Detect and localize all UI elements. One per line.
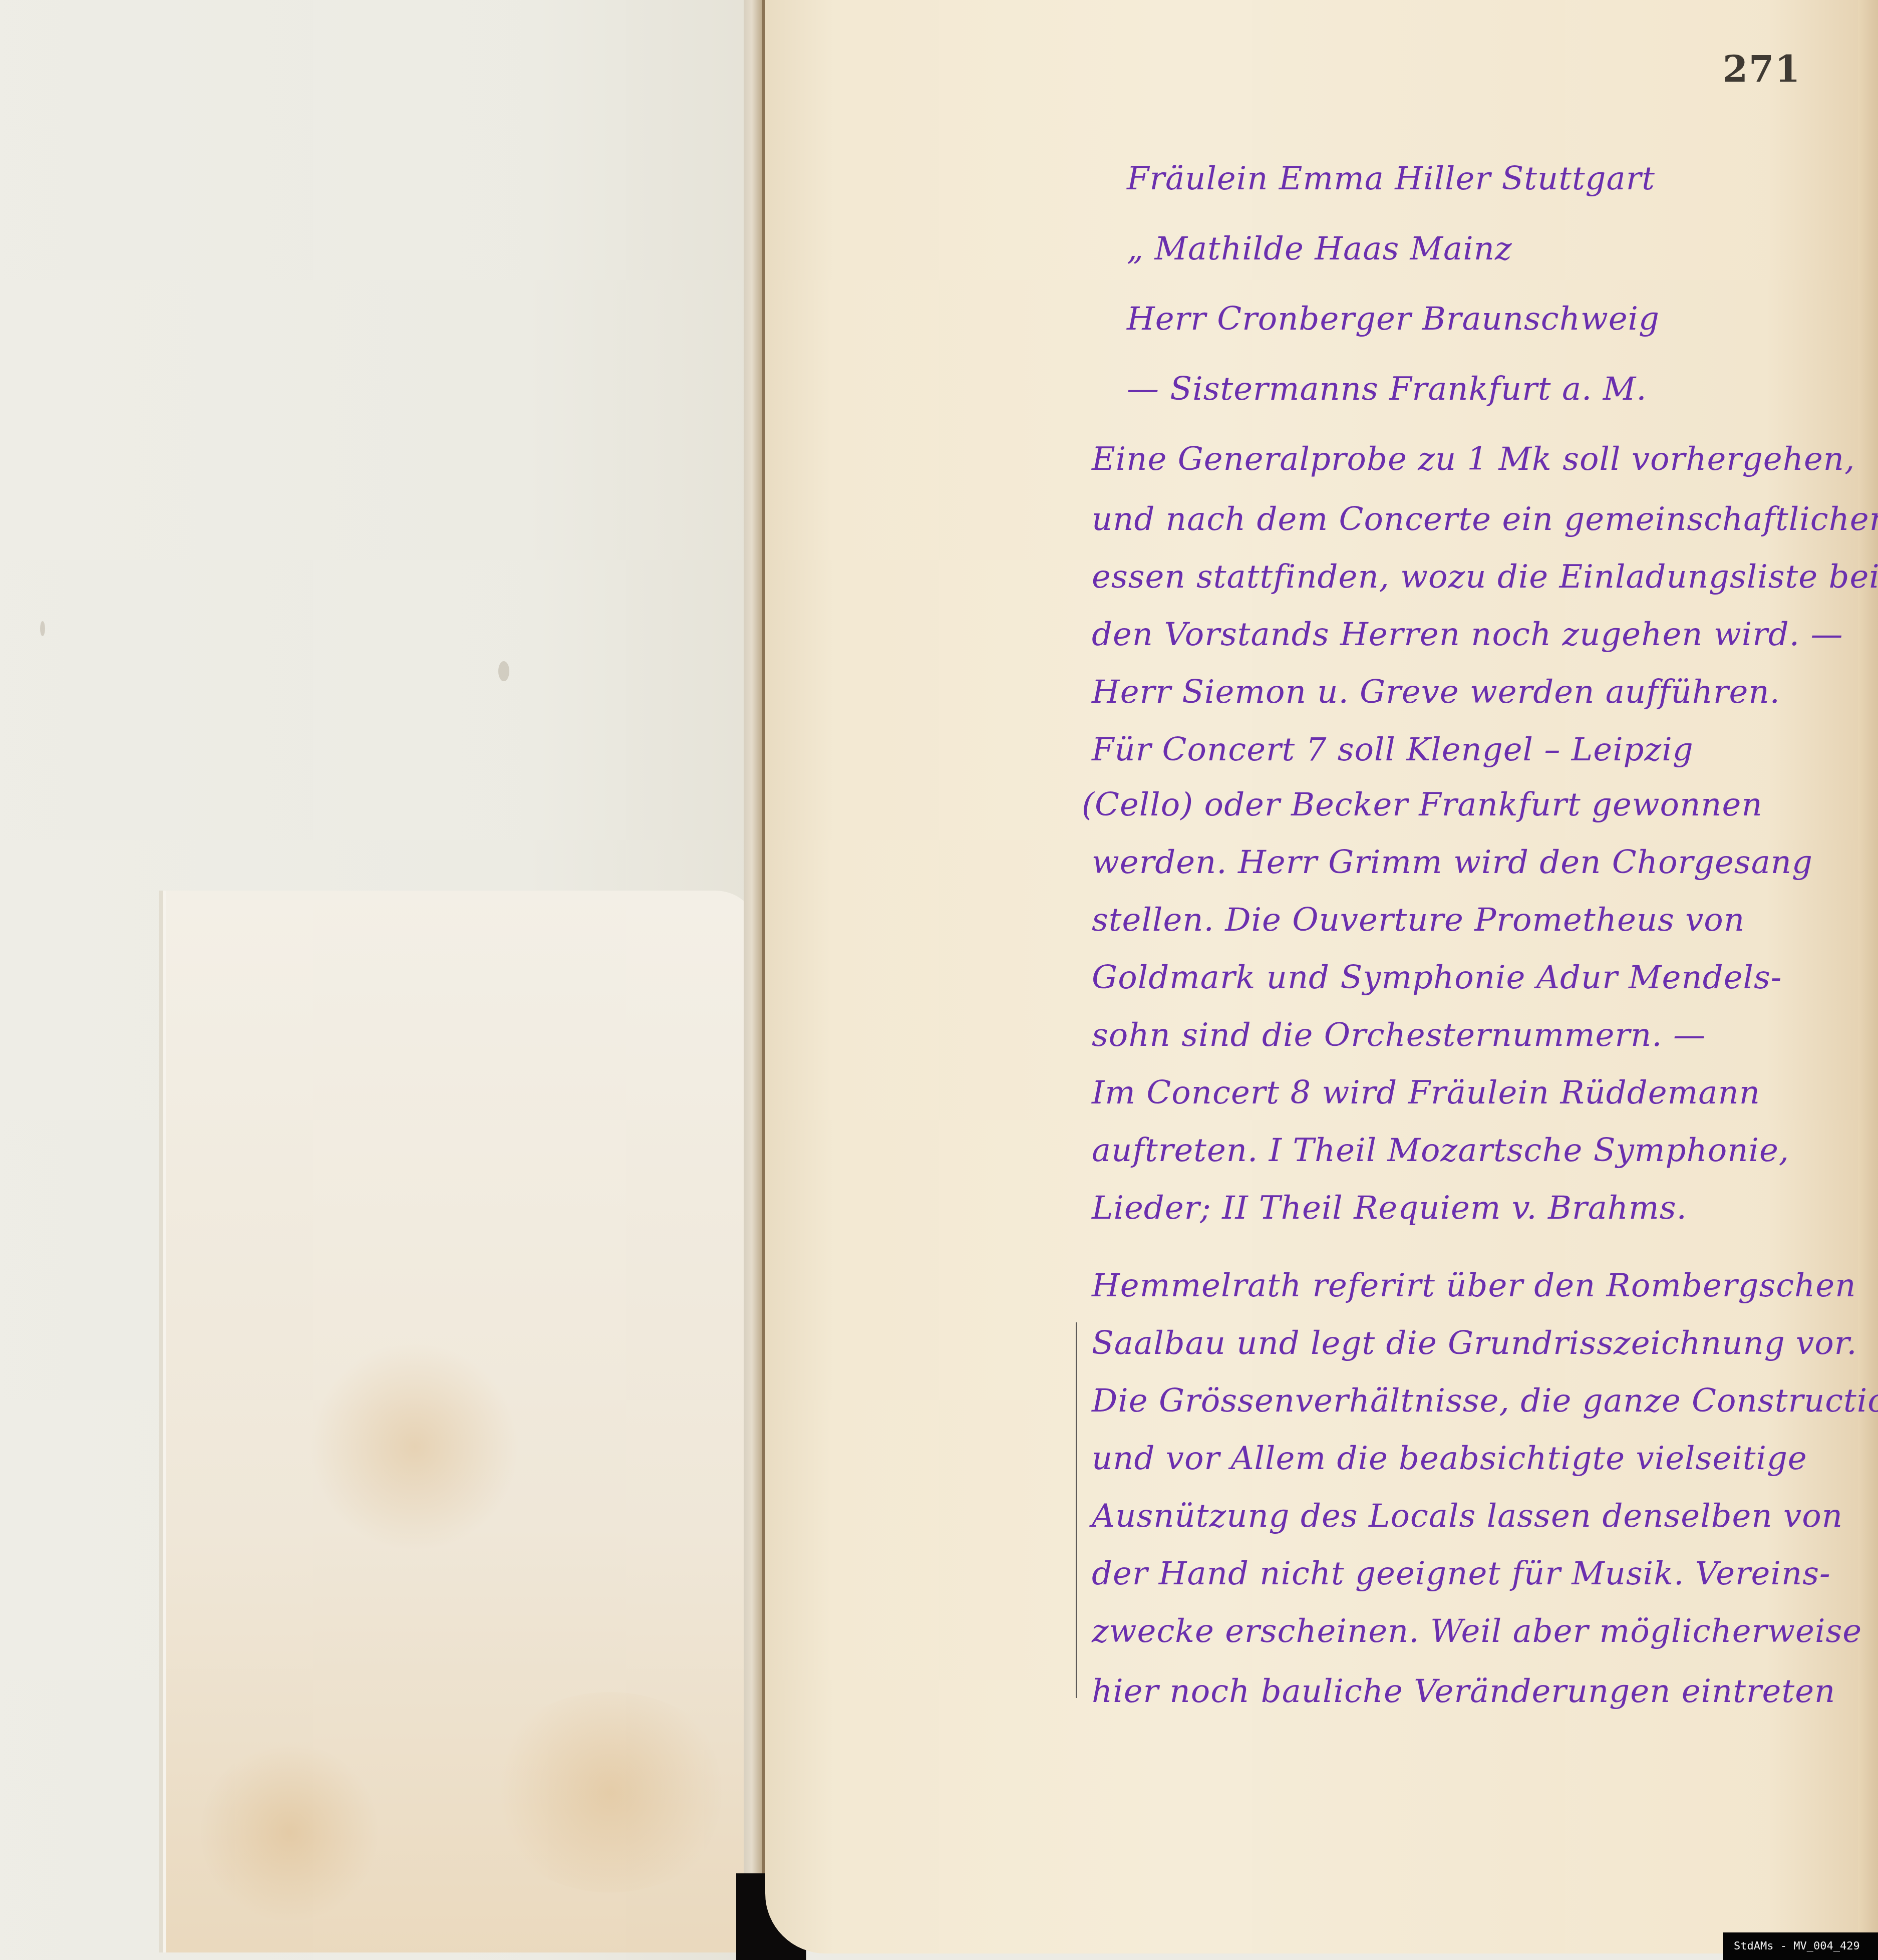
margin-rule <box>1076 1322 1077 1698</box>
handwritten-line: (Cello) oder Becker Frankfurt gewonnen <box>1082 786 1763 823</box>
handwritten-line: hier noch bauliche Veränderungen eintret… <box>1092 1673 1835 1710</box>
age-stain <box>309 1341 520 1552</box>
handwritten-line: Herr Siemon u. Greve werden aufführen. <box>1092 674 1780 711</box>
handwritten-line: „ Mathilde Haas Mainz <box>1127 230 1512 267</box>
handwritten-line: Ausnützung des Locals lassen denselben v… <box>1092 1498 1843 1535</box>
handwritten-line: — Sistermanns Frankfurt a. M. <box>1127 371 1647 408</box>
handwritten-line: stellen. Die Ouverture Prometheus von <box>1092 902 1745 939</box>
page-number: 271 <box>1723 48 1801 90</box>
handwritten-line: Fräulein Emma Hiller Stuttgart <box>1127 160 1655 197</box>
handwritten-line: den Vorstands Herren noch zugehen wird. … <box>1092 616 1843 653</box>
paper-blemish <box>498 661 509 681</box>
handwritten-line: sohn sind die Orchesternummern. — <box>1092 1017 1706 1054</box>
handwritten-line: Eine Generalprobe zu 1 Mk soll vorhergeh… <box>1092 441 1855 478</box>
handwritten-line: essen stattfinden, wozu die Einladungsli… <box>1092 558 1878 596</box>
age-stain <box>199 1742 380 1922</box>
handwritten-line: Herr Cronberger Braunschweig <box>1127 301 1660 338</box>
handwritten-line: Goldmark und Symphonie Adur Mendels- <box>1092 959 1782 996</box>
handwritten-line: Hemmelrath referirt über den Rombergsche… <box>1092 1267 1856 1304</box>
handwritten-line: zwecke erscheinen. Weil aber möglicherwe… <box>1092 1613 1862 1650</box>
handwritten-line: auftreten. I Theil Mozartsche Symphonie, <box>1092 1132 1789 1169</box>
archive-label: StdAMs - MV_004_429 <box>1723 1932 1878 1960</box>
book-gutter <box>744 0 764 1960</box>
handwritten-line: der Hand nicht geeignet für Musik. Verei… <box>1092 1555 1831 1592</box>
handwritten-line: Die Grössenverhältnisse, die ganze Const… <box>1092 1382 1878 1420</box>
handwritten-line: Für Concert 7 soll Klengel – Leipzig <box>1092 731 1694 768</box>
handwritten-line: und vor Allem die beabsichtigte vielseit… <box>1092 1440 1807 1477</box>
handwritten-line: Im Concert 8 wird Fräulein Rüddemann <box>1092 1074 1760 1111</box>
handwritten-line: und nach dem Concerte ein gemeinschaftli… <box>1092 501 1878 538</box>
page-edge <box>1858 0 1878 1960</box>
handwritten-line: Saalbau und legt die Grundrisszeichnung … <box>1092 1325 1857 1362</box>
folded-insert-slip <box>159 891 760 1952</box>
age-stain <box>485 1692 735 1892</box>
handwritten-line: werden. Herr Grimm wird den Chorgesang <box>1092 844 1813 881</box>
paper-blemish <box>40 621 45 636</box>
handwritten-line: Lieder; II Theil Requiem v. Brahms. <box>1092 1190 1687 1227</box>
